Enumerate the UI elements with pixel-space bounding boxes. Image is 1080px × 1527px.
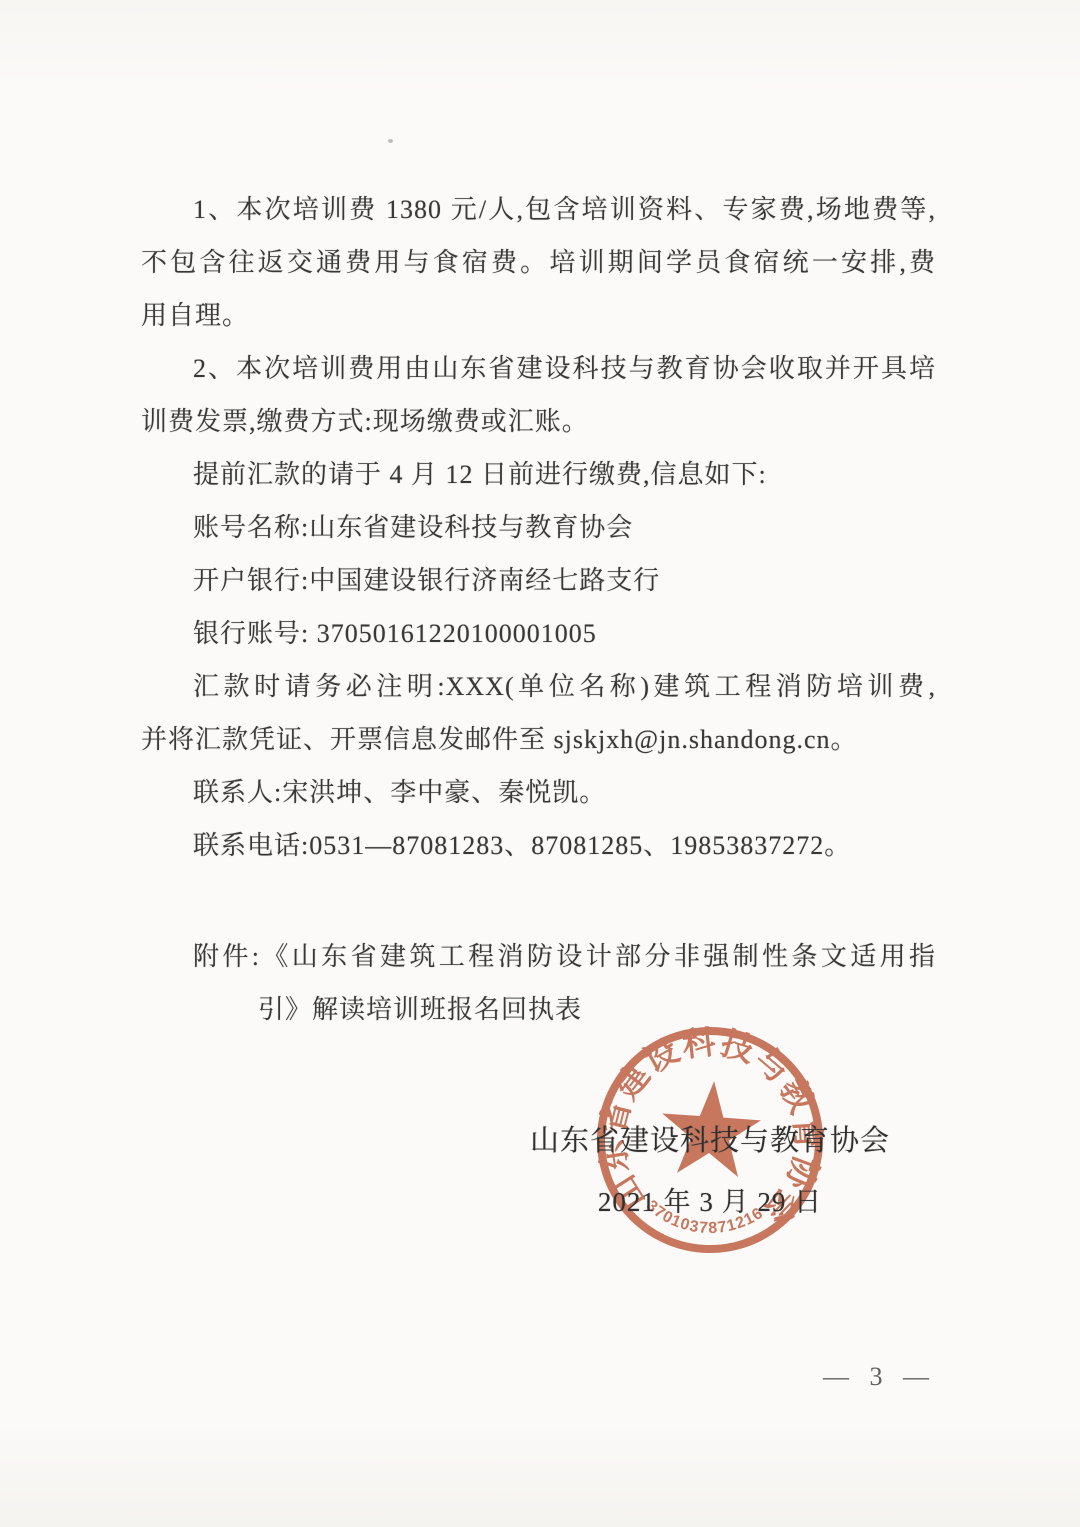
ink-speck bbox=[388, 139, 393, 143]
contacts-line: 联系人:宋洪坤、李中豪、秦悦凯。 bbox=[141, 766, 936, 819]
phones-line: 联系电话:0531—87081283、87081285、19853837272。 bbox=[141, 819, 936, 872]
remit-deadline-line: 提前汇款的请于 4 月 12 日前进行缴费,信息如下: bbox=[141, 448, 936, 501]
remit-note-line-2: 并将汇款凭证、开票信息发邮件至 sjskjxh@jn.shandong.cn。 bbox=[141, 713, 936, 766]
account-name-line: 账号名称:山东省建设科技与教育协会 bbox=[141, 501, 936, 554]
page-number: — 3 — bbox=[812, 1362, 942, 1392]
payment-para-line-2: 训费发票,缴费方式:现场缴费或汇账。 bbox=[141, 395, 936, 448]
document-body: 1、本次培训费 1380 元/人,包含培训资料、专家费,场地费等,不包含往返交通… bbox=[141, 183, 936, 1036]
signature-date: 2021 年 3 月 29 日 bbox=[420, 1180, 1000, 1219]
attachment-line-1: 附件:《山东省建筑工程消防设计部分非强制性条文适用指 bbox=[141, 930, 936, 983]
fee-para-line-3: 用自理。 bbox=[141, 289, 936, 342]
bank-name-line: 开户银行:中国建设银行济南经七路支行 bbox=[141, 554, 936, 607]
scanned-page: 1、本次培训费 1380 元/人,包含培训资料、专家费,场地费等,不包含往返交通… bbox=[0, 0, 1080, 1527]
remit-note-line-1: 汇款时请务必注明:XXX(单位名称)建筑工程消防培训费, bbox=[141, 660, 936, 713]
account-number-line: 银行账号: 37050161220100001005 bbox=[141, 607, 936, 660]
payment-para-line-1: 2、本次培训费用由山东省建设科技与教育协会收取并开具培 bbox=[141, 342, 936, 395]
signature-organization: 山东省建设科技与教育协会 bbox=[420, 1118, 1000, 1159]
fee-para-line-2: 不包含往返交通费用与食宿费。培训期间学员食宿统一安排,费 bbox=[141, 236, 936, 289]
fee-para-line-1: 1、本次培训费 1380 元/人,包含培训资料、专家费,场地费等, bbox=[141, 183, 936, 236]
